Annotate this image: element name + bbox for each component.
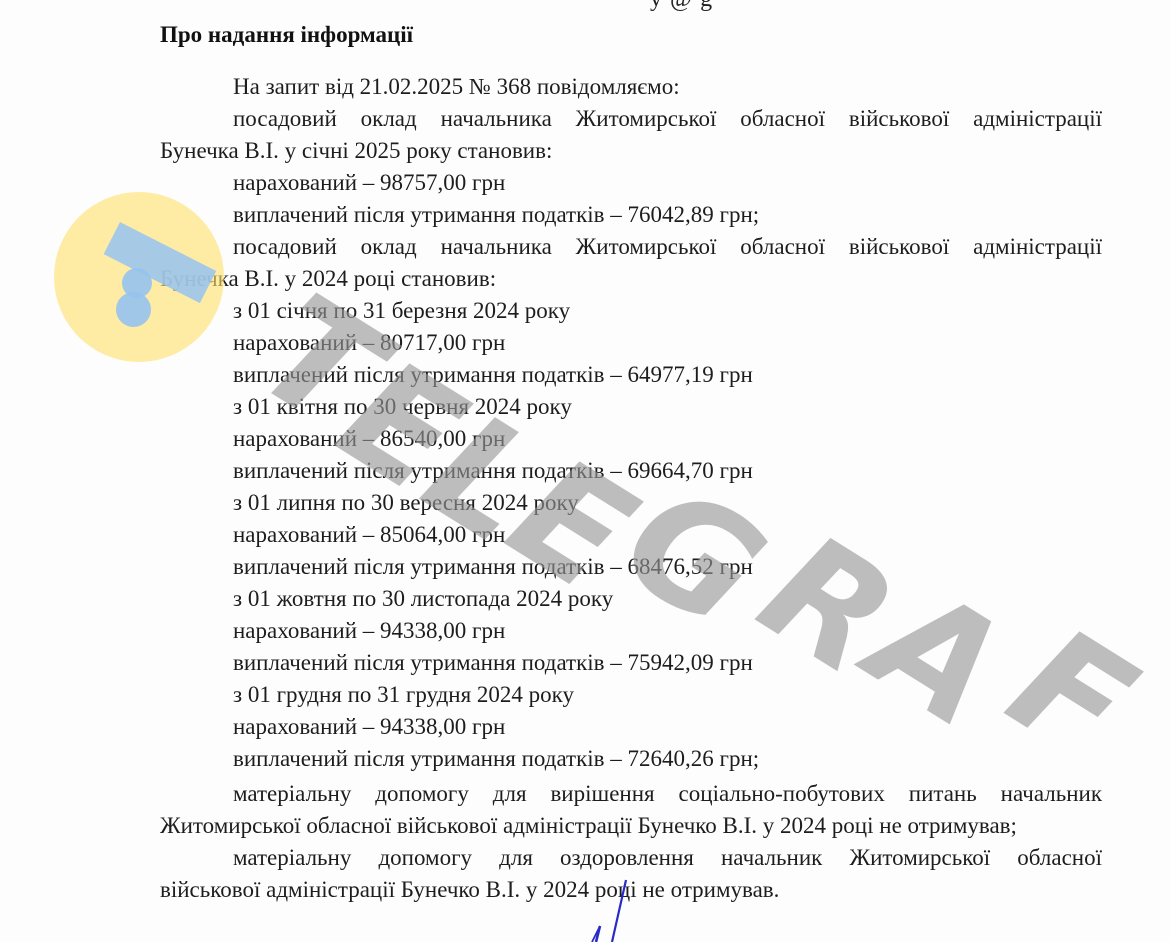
paragraph-line: матеріальну допомогу для вирішення соціа… [233, 779, 1102, 809]
document-page: у @ g Про надання інформації На запит ві… [0, 0, 1170, 942]
paragraph-line: військової адміністрації Бунечко В.І. у … [160, 875, 779, 905]
document-subject: Про надання інформації [160, 22, 413, 48]
accrued-amount: нарахований – 80717,00 грн [233, 328, 505, 358]
paid-amount: виплачений після утримання податків – 72… [233, 744, 759, 774]
logo-dot-shape [116, 292, 151, 327]
paid-amount: виплачений після утримання податків – 75… [233, 648, 753, 678]
accrued-amount: нарахований – 98757,00 грн [233, 168, 505, 198]
signature-stroke-icon [590, 820, 630, 942]
period-label: з 01 грудня по 31 грудня 2024 року [233, 680, 574, 710]
period-label: з 01 липня по 30 вересня 2024 року [233, 488, 579, 518]
logo-bar-shape [104, 222, 217, 303]
paragraph-line: Бунечка В.І. у січні 2025 року становив: [160, 136, 552, 166]
header-fragment: у @ g [650, 0, 713, 13]
accrued-amount: нарахований – 85064,00 грн [233, 520, 505, 550]
period-label: з 01 жовтня по 30 листопада 2024 року [233, 584, 613, 614]
period-label: з 01 квітня по 30 червня 2024 року [233, 392, 572, 422]
paragraph-line: матеріальну допомогу для оздоровлення на… [233, 843, 1102, 873]
watermark-letter: A [849, 563, 1027, 752]
paid-amount: виплачений після утримання податків – 64… [233, 360, 753, 390]
accrued-amount: нарахований – 86540,00 грн [233, 424, 505, 454]
telegraf-logo-icon [54, 192, 224, 362]
paid-amount: виплачений після утримання податків – 68… [233, 552, 753, 582]
paragraph-line: посадовий оклад начальника Житомирської … [233, 104, 1102, 134]
watermark-letter: R [739, 511, 916, 699]
paragraph-line: Житомирської обласної військової адмініс… [160, 811, 1017, 841]
request-reference: На запит від 21.02.2025 № 368 повідомляє… [233, 72, 680, 102]
watermark-letter: F [988, 604, 1154, 786]
period-label: з 01 січня по 31 березня 2024 року [233, 296, 570, 326]
paid-amount: виплачений після утримання податків – 69… [233, 456, 753, 486]
accrued-amount: нарахований – 94338,00 грн [233, 712, 505, 742]
paragraph-line: посадовий оклад начальника Житомирської … [233, 232, 1102, 262]
paid-amount: виплачений після утримання податків – 76… [233, 200, 759, 230]
accrued-amount: нарахований – 94338,00 грн [233, 616, 505, 646]
